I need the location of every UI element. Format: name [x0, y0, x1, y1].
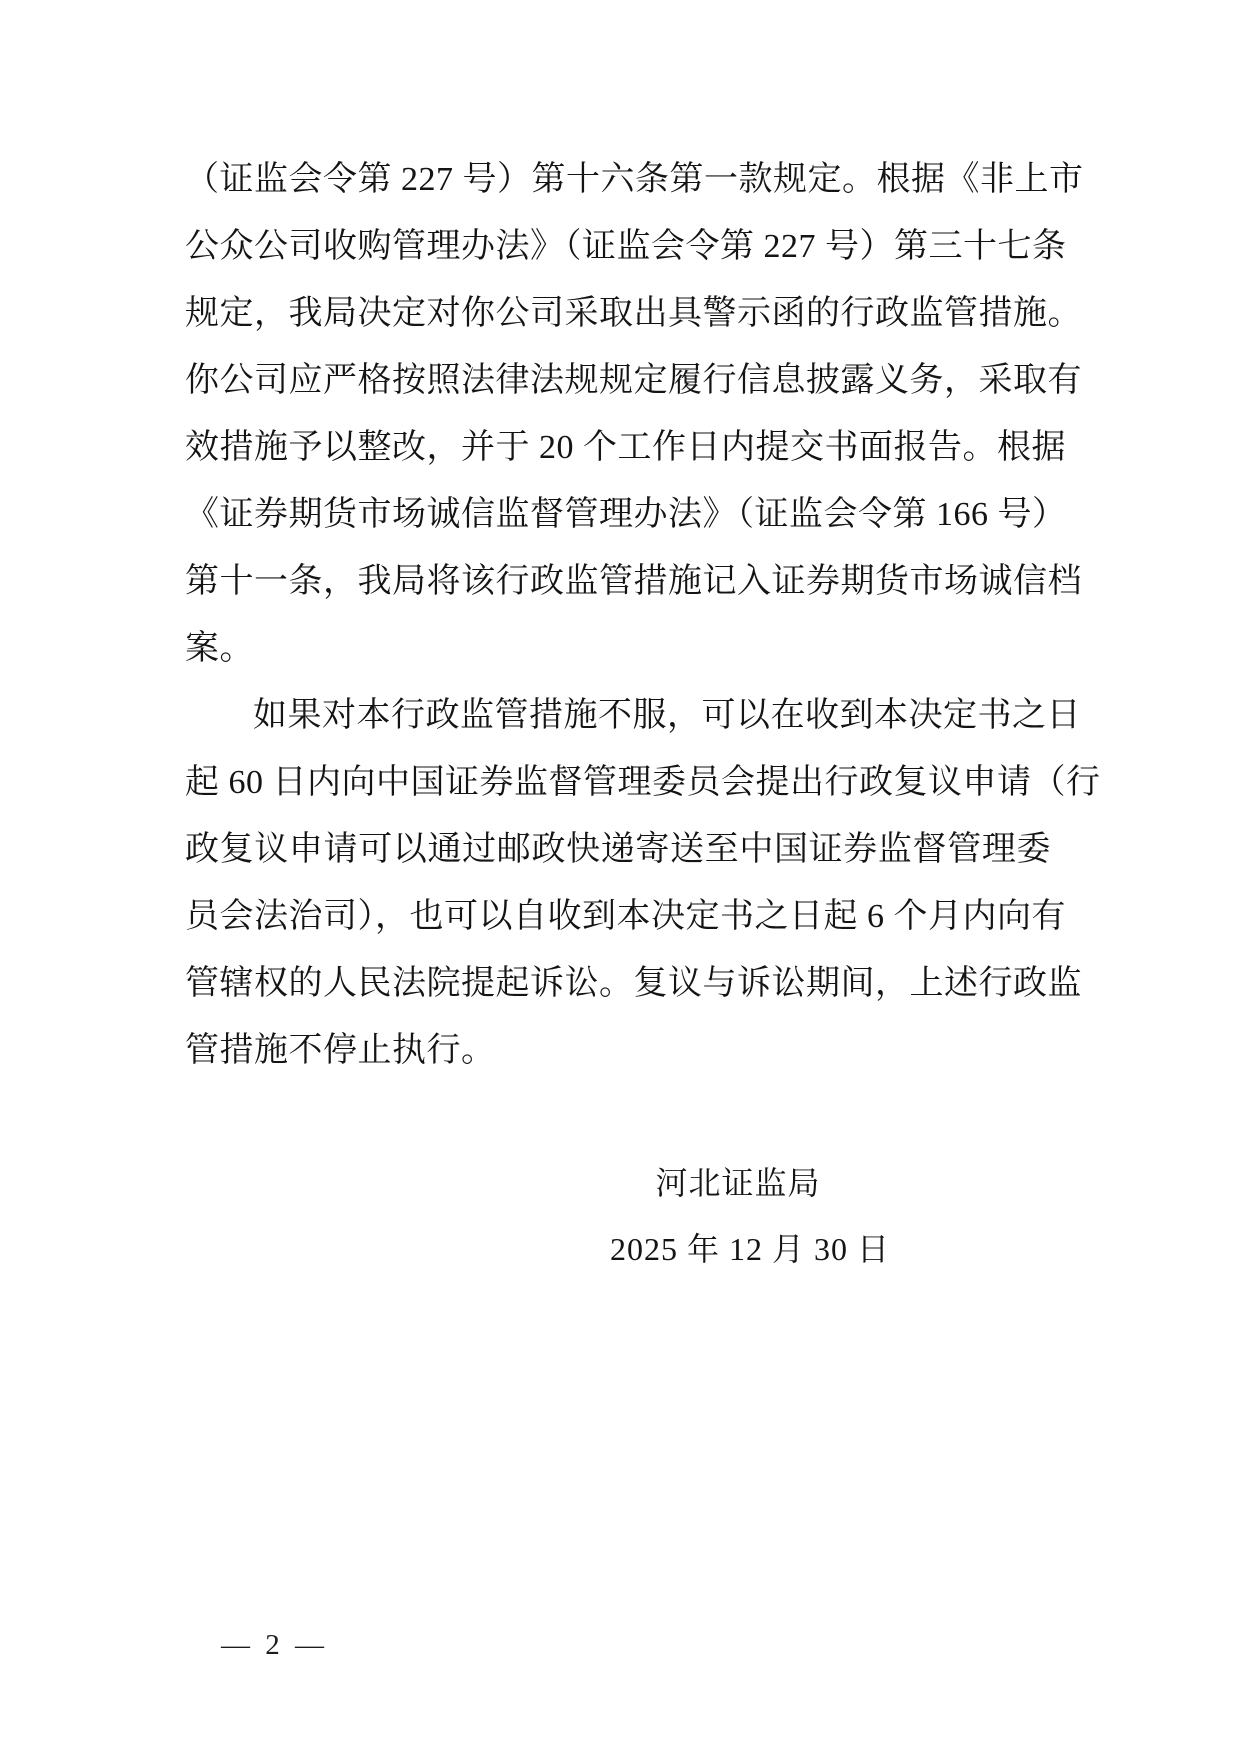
document-line: 案。 [185, 615, 1051, 682]
document-body: （证监会令第 227 号）第十六条第一款规定。根据《非上市 公众公司收购管理办法… [185, 146, 1051, 1084]
document-line: 如果对本行政监管措施不服，可以在收到本决定书之日 [185, 682, 1051, 749]
document-page: （证监会令第 227 号）第十六条第一款规定。根据《非上市 公众公司收购管理办法… [0, 0, 1241, 1754]
document-line: 管措施不停止执行。 [185, 1017, 1051, 1084]
document-line: 第十一条，我局将该行政监管措施记入证券期货市场诚信档 [185, 548, 1051, 615]
document-line: 公众公司收购管理办法》（证监会令第 227 号）第三十七条 [185, 213, 1051, 280]
document-line: （证监会令第 227 号）第十六条第一款规定。根据《非上市 [185, 146, 1051, 213]
signature-org: 河北证监局 [610, 1150, 866, 1216]
document-line: 你公司应严格按照法律法规规定履行信息披露义务，采取有 [185, 347, 1051, 414]
document-line: 效措施予以整改，并于 20 个工作日内提交书面报告。根据 [185, 414, 1051, 481]
document-line: 《证券期货市场诚信监督管理办法》（证监会令第 166 号） [185, 481, 1051, 548]
document-line: 规定，我局决定对你公司采取出具警示函的行政监管措施。 [185, 280, 1051, 347]
document-line: 政复议申请可以通过邮政快递寄送至中国证券监督管理委 [185, 816, 1051, 883]
signature-block: 河北证监局 2025 年 12 月 30 日 [610, 1150, 866, 1282]
document-line: 员会法治司），也可以自收到本决定书之日起 6 个月内向有 [185, 883, 1051, 950]
document-line: 起 60 日内向中国证券监督管理委员会提出行政复议申请（行 [185, 749, 1051, 816]
page-number: — 2 — [221, 1628, 328, 1662]
signature-date: 2025 年 12 月 30 日 [610, 1216, 866, 1282]
document-line: 管辖权的人民法院提起诉讼。复议与诉讼期间，上述行政监 [185, 950, 1051, 1017]
